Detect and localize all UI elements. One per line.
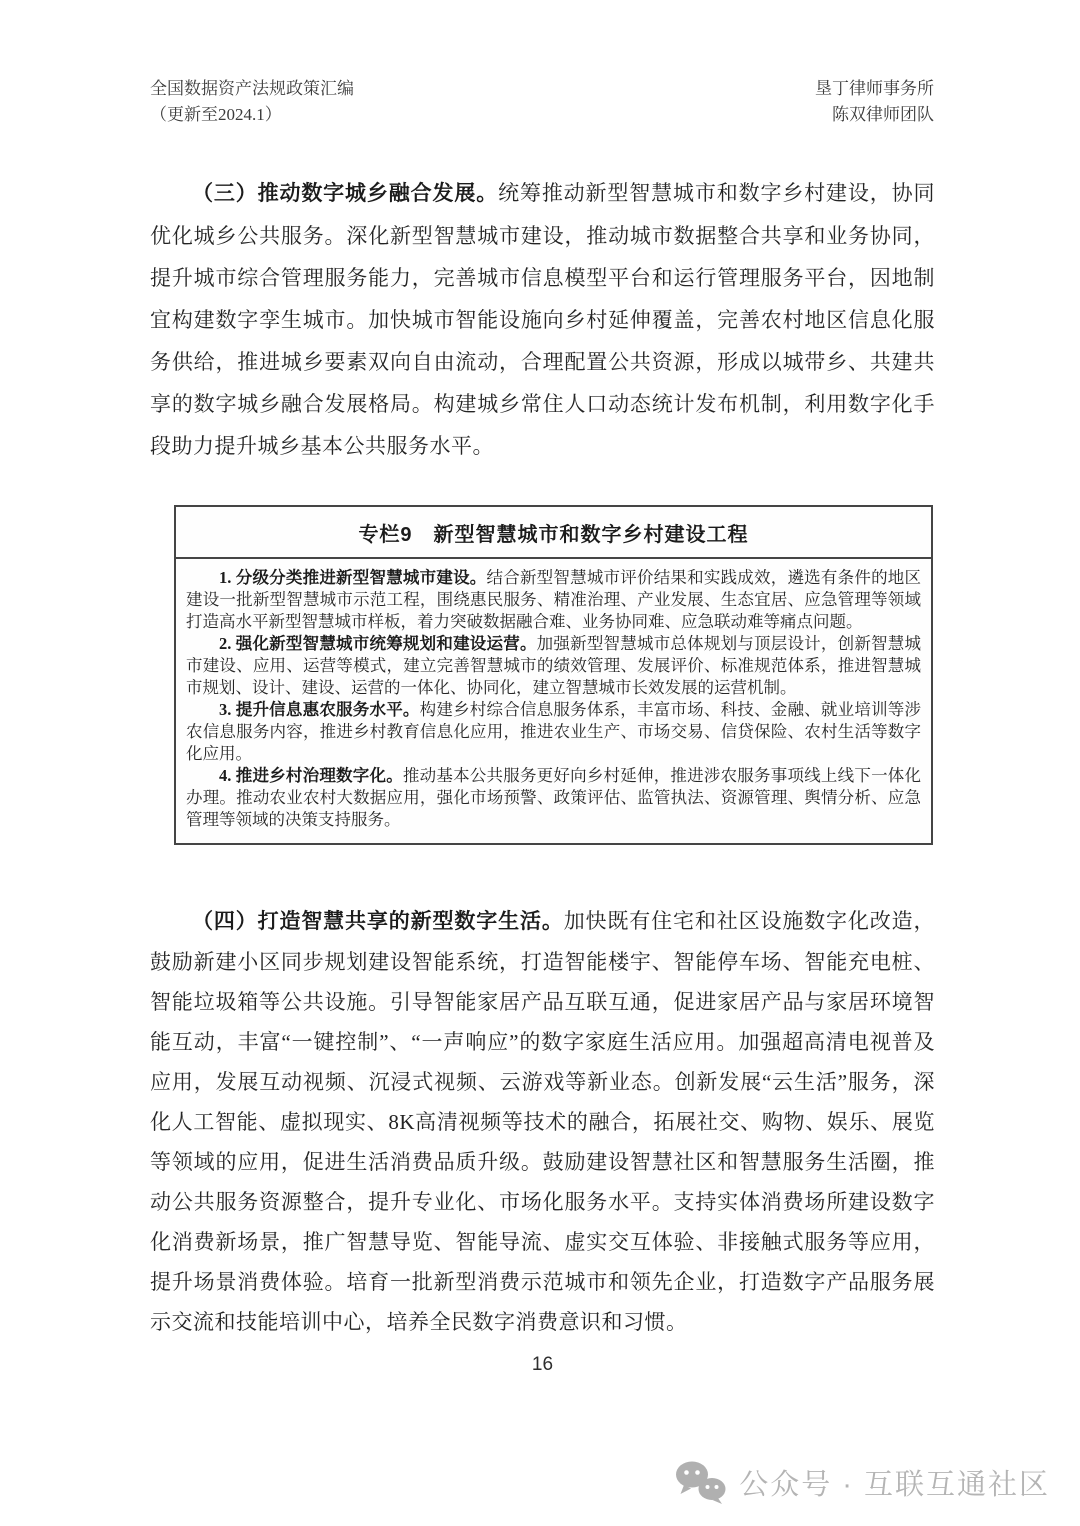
column-box-9: 专栏9 新型智慧城市和数字乡村建设工程 1. 分级分类推进新型智慧城市建设。结合… (174, 505, 933, 845)
watermark: 公众号 · 互联互通社区 (675, 1460, 1050, 1504)
header-right-team: 陈双律师团队 (815, 102, 934, 128)
page-number: 16 (150, 1354, 935, 1376)
column-box-item-3-lead: 3. 提升信息惠农服务水平。 (219, 700, 420, 719)
column-box-item-1-lead: 1. 分级分类推进新型智慧城市建设。 (219, 568, 487, 587)
column-box-body: 1. 分级分类推进新型智慧城市建设。结合新型智慧城市评价结果和实践成效，遴选有条… (176, 559, 931, 843)
column-box-item-4-lead: 4. 推进乡村治理数字化。 (219, 766, 403, 785)
header-left-subtitle: （更新至2024.1） (150, 102, 354, 128)
column-box-item-4: 4. 推进乡村治理数字化。推动基本公共服务更好向乡村延伸，推进涉农服务事项线上线… (186, 765, 921, 831)
column-box-item-2-lead: 2. 强化新型智慧城市统筹规划和建设运营。 (219, 634, 537, 653)
paragraph-three-text: 统筹推动新型智慧城市和数字乡村建设，协同优化城乡公共服务。深化新型智慧城市建设，… (150, 181, 935, 458)
column-box-item-1: 1. 分级分类推进新型智慧城市建设。结合新型智慧城市评价结果和实践成效，遴选有条… (186, 567, 921, 633)
column-box-item-2: 2. 强化新型智慧城市统筹规划和建设运营。加强新型智慧城市总体规划与顶层设计，创… (186, 633, 921, 699)
column-box-item-3: 3. 提升信息惠农服务水平。构建乡村综合信息服务体系，丰富市场、科技、金融、就业… (186, 699, 921, 765)
document-page: 全国数据资产法规政策汇编 （更新至2024.1） 垦丁律师事务所 陈双律师团队 … (0, 0, 1080, 1526)
page-header: 全国数据资产法规政策汇编 （更新至2024.1） 垦丁律师事务所 陈双律师团队 (150, 0, 934, 128)
paragraph-three-heading: （三）推动数字城乡融合发展。 (192, 182, 498, 205)
header-right-firm: 垦丁律师事务所 (815, 76, 934, 102)
watermark-text: 公众号 · 互联互通社区 (739, 1462, 1050, 1503)
paragraph-section-three: （三）推动数字城乡融合发展。统筹推动新型智慧城市和数字乡村建设，协同优化城乡公共… (150, 172, 935, 467)
header-left-title: 全国数据资产法规政策汇编 (150, 76, 354, 102)
document-content: （三）推动数字城乡融合发展。统筹推动新型智慧城市和数字乡村建设，协同优化城乡公共… (150, 172, 935, 1376)
paragraph-four-text: 加快既有住宅和社区设施数字化改造，鼓励新建小区同步规划建设智能系统，打造智能楼宇… (150, 909, 935, 1334)
paragraph-four-heading: （四）打造智慧共享的新型数字生活。 (192, 910, 564, 933)
wechat-icon (675, 1460, 727, 1504)
paragraph-section-four: （四）打造智慧共享的新型数字生活。加快既有住宅和社区设施数字化改造，鼓励新建小区… (150, 901, 935, 1342)
column-box-title: 专栏9 新型智慧城市和数字乡村建设工程 (176, 507, 931, 559)
header-right: 垦丁律师事务所 陈双律师团队 (815, 76, 934, 128)
header-left: 全国数据资产法规政策汇编 （更新至2024.1） (150, 76, 354, 128)
